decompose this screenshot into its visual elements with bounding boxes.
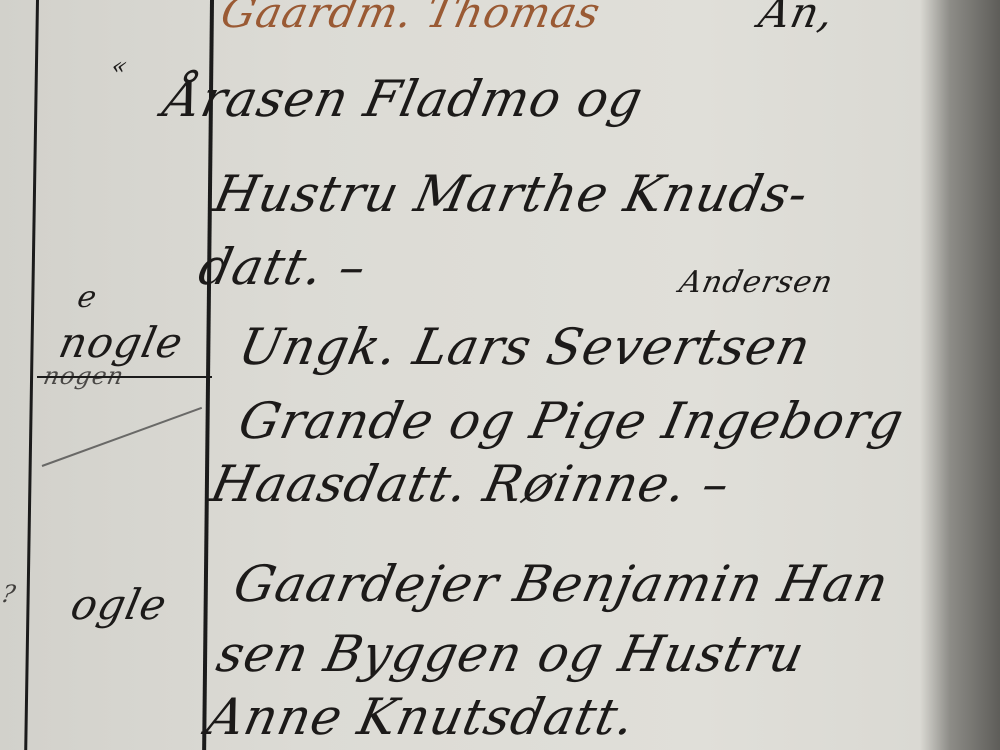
entry-2-line-1: Ungk. Lars Severtsen [234,318,816,376]
entry-2-line-2: Grande og Pige Ingeborg [234,392,909,450]
margin-stroke [42,407,202,467]
column-rule-left [24,0,39,750]
entry-1-header-dark: An, [755,0,839,37]
entry-2-superscript: Andersen [676,265,836,300]
entry-3-line-2: sen Byggen og Hustru [212,625,810,683]
entry-1-line-2: Hustru Marthe Knuds- [209,165,814,223]
margin-note-e: e [74,280,100,315]
entry-1-line-1: Årasen Fladmo og [159,70,649,128]
entry-1-header-faded: Gaardm. Thomas [217,0,605,37]
register-page: « e nogle nogen ogle ? Gaardm. Thomas An… [0,0,1000,750]
entry-3-line-1: Gaardejer Benjamin Han [229,555,894,613]
entry-3-line-3: Anne Knutsdatt. [202,688,641,746]
margin-note-ogle: ogle [67,580,172,629]
margin-note-nogle: nogle [55,318,188,367]
margin-mark-top: « [109,52,131,80]
entry-1-line-3: datt. – [194,238,372,296]
entry-2-line-3: Haasdatt. Røinne. – [206,455,735,513]
margin-note-nogen: nogen [41,362,127,390]
margin-mark-left: ? [0,580,19,608]
